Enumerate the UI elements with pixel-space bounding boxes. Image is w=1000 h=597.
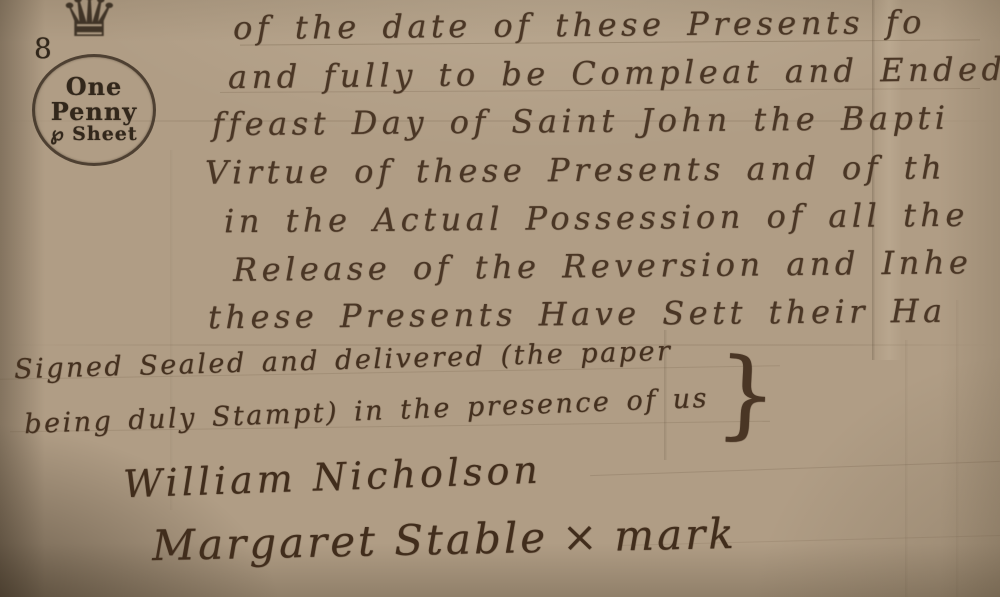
stamp-text-penny: Penny	[51, 100, 138, 125]
witness-mark-label: mark	[614, 509, 737, 561]
body-text-line: of the date of these Presents fo	[233, 3, 926, 47]
body-text-line: Virtue of these Presents and of th	[205, 148, 946, 191]
body-text-line: Release of the Reversion and Inhe	[233, 243, 973, 289]
vertical-crease-right-1	[905, 340, 908, 597]
ghost-rule-5	[590, 461, 1000, 476]
witness-signature-with-mark: Margaret Stable×mark	[152, 509, 738, 570]
attestation-brace: }	[713, 336, 780, 451]
attestation-line: being duly Stampt) in the presence of us	[24, 383, 710, 440]
stamp-numeral: 8	[34, 32, 52, 65]
crown-icon: ♛	[58, 0, 98, 46]
body-text-line: in the Actual Possession of all the	[224, 196, 969, 240]
penny-duty-stamp: 8 ♛ One Penny ℘ Sheet	[24, 4, 174, 169]
stamp-text-per-sheet: ℘ Sheet	[50, 125, 137, 145]
body-text-line: these Presents Have Sett their Ha	[208, 292, 947, 336]
vertical-streak-left	[170, 150, 173, 510]
attestation-line: Signed Sealed and delivered (the paper	[14, 336, 673, 385]
witness-name: Margaret Stable	[152, 513, 549, 570]
witness-mark-cross: ×	[562, 512, 601, 562]
vertical-crease-right-2	[956, 300, 959, 597]
witness-signature: William Nicholson	[122, 448, 542, 507]
manuscript-photo: 8 ♛ One Penny ℘ Sheet of the date of the…	[0, 0, 1000, 597]
stamp-ring: One Penny ℘ Sheet	[32, 54, 156, 166]
body-text-line: ffeast Day of Saint John the Bapti	[212, 99, 950, 143]
body-text-line: and fully to be Compleat and Ended	[228, 50, 1000, 96]
